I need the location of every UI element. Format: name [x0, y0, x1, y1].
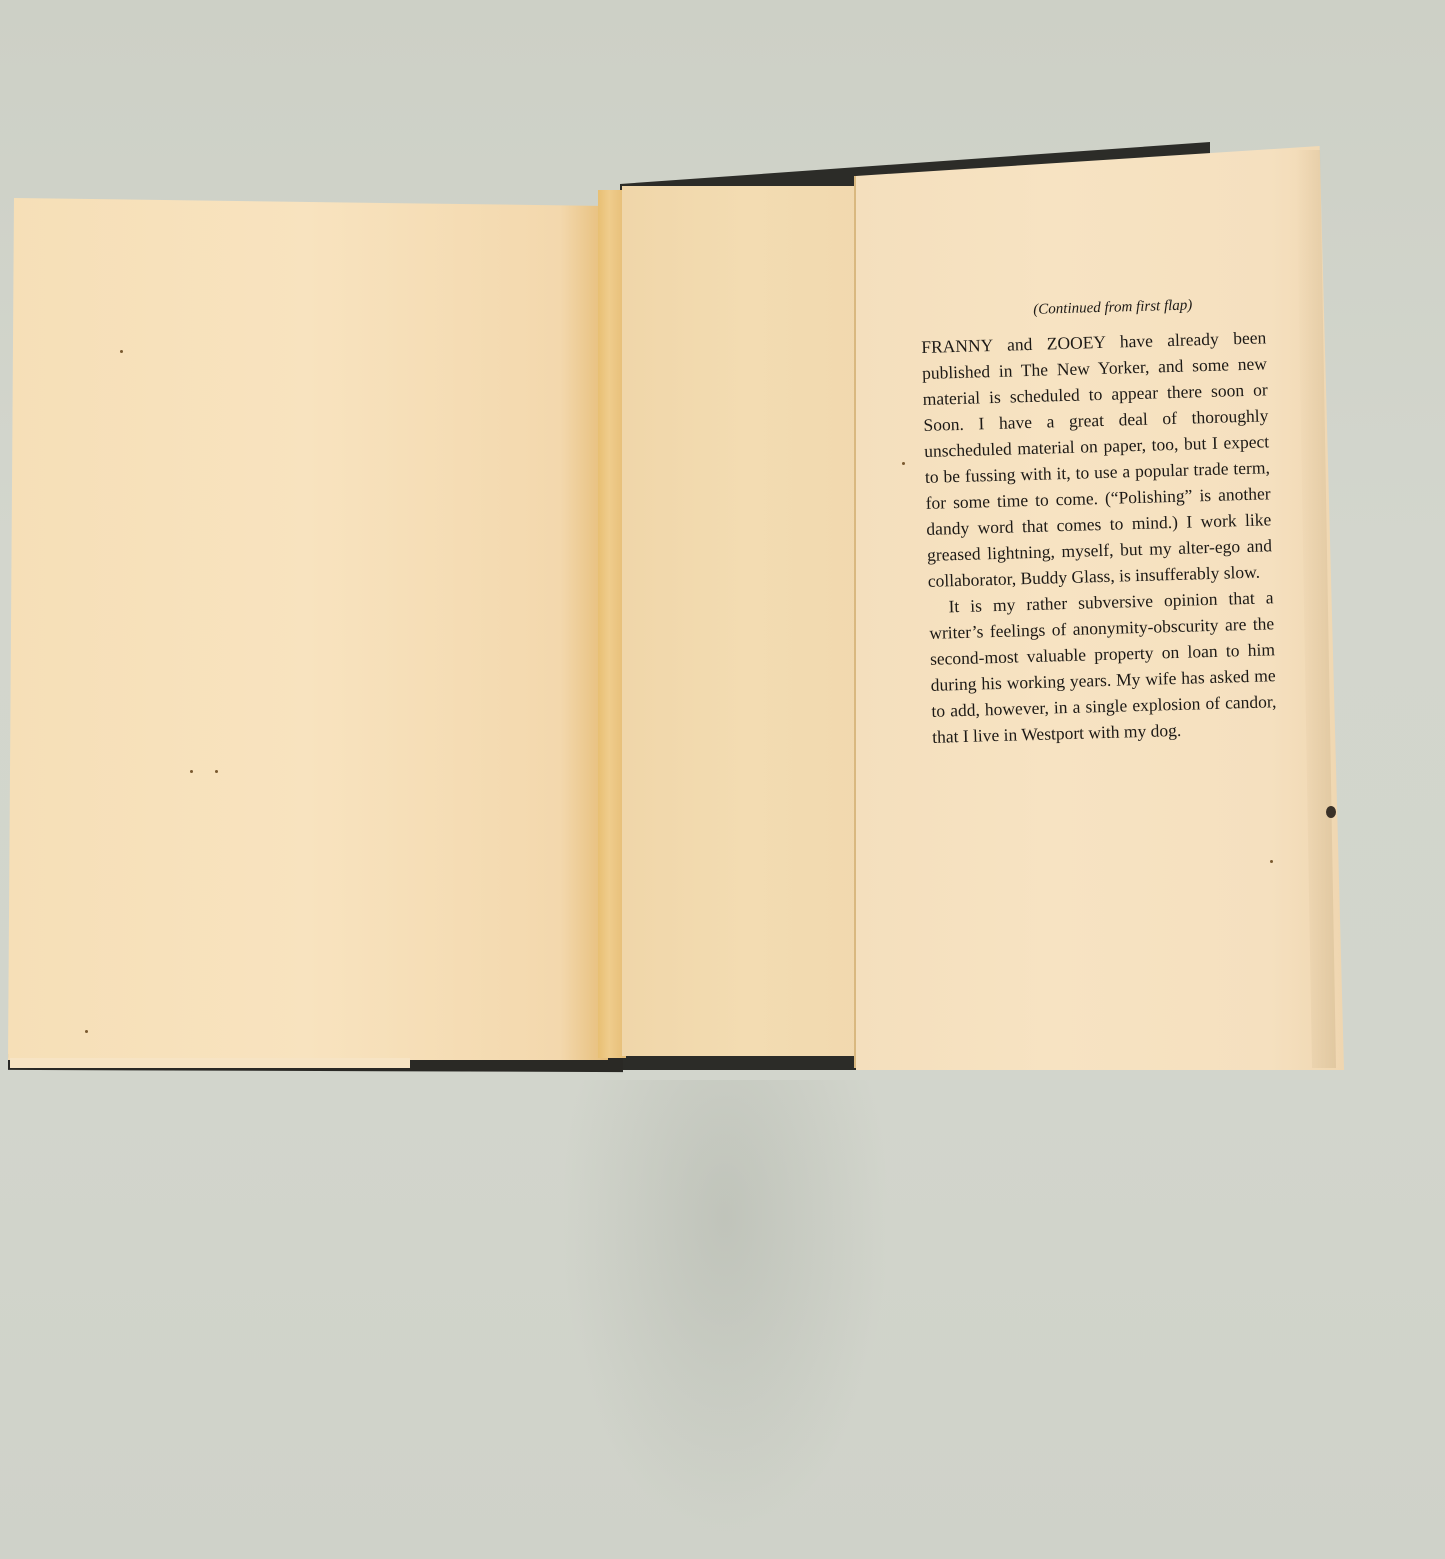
- foxing-spot: [1270, 860, 1273, 863]
- right-endpaper: [622, 186, 872, 1056]
- foxing-spot: [215, 770, 218, 773]
- flap-hole: [1326, 806, 1336, 818]
- book-shadow: [560, 1080, 890, 1540]
- photo-scene: (Continued from first flap) FRANNY and Z…: [0, 0, 1445, 1559]
- left-endpaper: [8, 198, 608, 1060]
- flap-paragraph-2: It is my rather subversive opinion that …: [928, 584, 1277, 750]
- flap-fold-line: [854, 176, 856, 1068]
- foxing-spot: [902, 462, 905, 465]
- flap-text: (Continued from first flap) FRANNY and Z…: [920, 290, 1277, 749]
- foxing-spot: [85, 1030, 88, 1033]
- flap-paragraph-1: FRANNY and ZOOEY have already been publi…: [921, 324, 1273, 594]
- foxing-spot: [120, 350, 123, 353]
- foxing-spot: [190, 770, 193, 773]
- front-flap-edge: [10, 1058, 410, 1068]
